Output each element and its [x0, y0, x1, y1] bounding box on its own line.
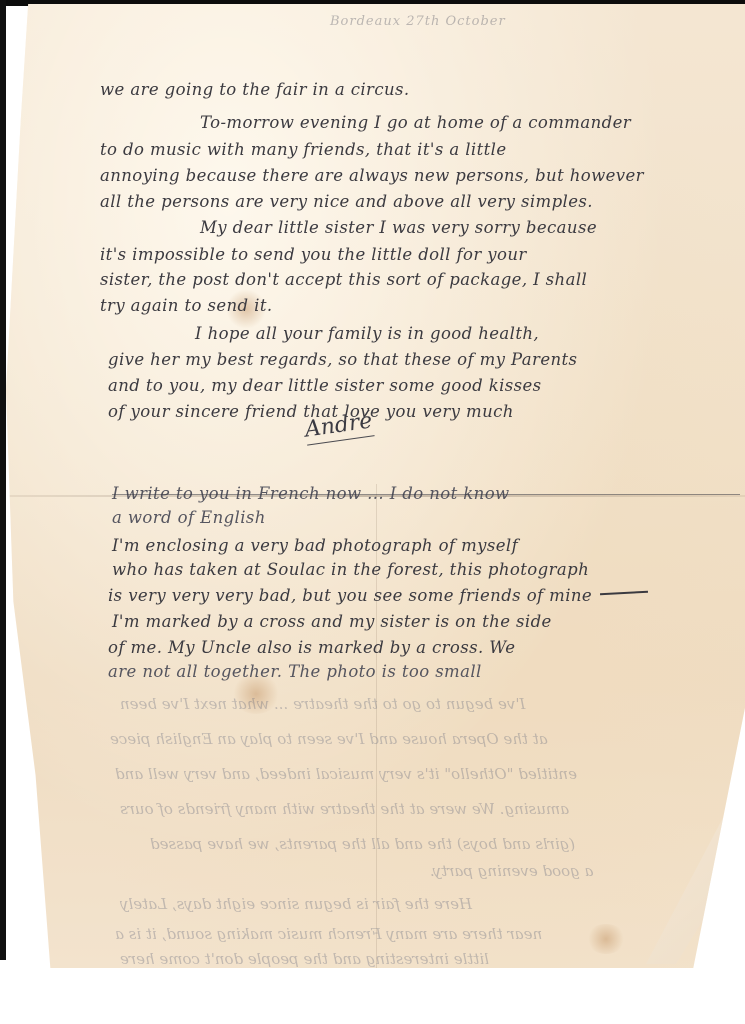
bleed-through-line: I've begun to go to the theatre ... what…: [120, 695, 525, 713]
letter-line: of me. My Uncle also is marked by a cros…: [108, 638, 515, 657]
letter-line: try again to send it.: [100, 296, 273, 315]
letter-line: To-morrow evening I go at home of a comm…: [200, 113, 631, 132]
stain: [586, 924, 626, 954]
bleed-through-line: a good evening party.: [430, 862, 593, 880]
letter-line: give her my best regards, so that these …: [108, 350, 577, 369]
letter-line: sister, the post don't accept this sort …: [100, 270, 587, 289]
letter-line: who has taken at Soulac in the forest, t…: [112, 560, 589, 579]
bleed-through-line: little interesting and the people don't …: [120, 950, 489, 968]
letter-line: it's impossible to send you the little d…: [100, 245, 527, 264]
strike-through: [112, 494, 740, 495]
header-note: Bordeaux 27th October: [330, 14, 506, 29]
letter-line: all the persons are very nice and above …: [100, 192, 593, 211]
letter-line: I'm marked by a cross and my sister is o…: [112, 612, 552, 631]
letter-line: I hope all your family is in good health…: [195, 324, 539, 343]
bleed-through-line: (girls and boys) the and all the parents…: [150, 835, 575, 853]
bleed-through-line: Here the fair is begun since eight days,…: [120, 895, 472, 913]
bleed-through-line: near there are many French music making …: [115, 925, 542, 943]
bleed-through-line: amusing. We were at the theatre with man…: [120, 800, 569, 818]
letter-line: are not all together. The photo is too s…: [108, 662, 482, 681]
letter-line: annoying because there are always new pe…: [100, 166, 644, 185]
letter-line: and to you, my dear little sister some g…: [108, 376, 542, 395]
folded-corner: [646, 774, 745, 964]
letter-line: to do music with many friends, that it's…: [100, 140, 506, 159]
letter-line: My dear little sister I was very sorry b…: [200, 218, 597, 237]
letter-line: we are going to the fair in a circus.: [100, 80, 410, 99]
letter-line: I'm enclosing a very bad photograph of m…: [112, 536, 518, 555]
scan-edge-left: [0, 0, 6, 960]
letter-line: is very very very bad, but you see some …: [108, 586, 592, 605]
bleed-through-line: at the Opera house and I've seen to play…: [110, 730, 548, 748]
letter-line: a word of English: [112, 508, 266, 527]
bleed-through-line: entitled "Othello" it's very musical ind…: [115, 765, 577, 783]
